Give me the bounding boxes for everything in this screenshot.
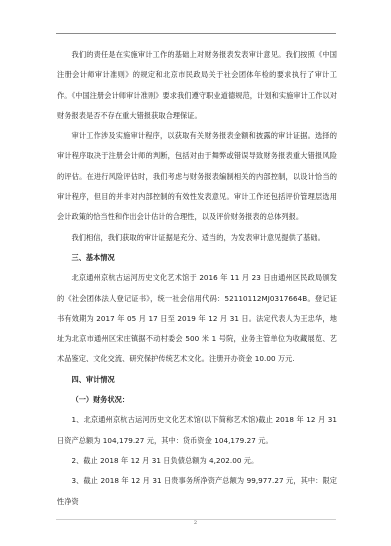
section-heading-audit-status: 四、审计情况 <box>57 370 337 390</box>
document-body: 我们的责任是在实施审计工作的基础上对财务报表发表审计意见。我们按照《中国注册会计… <box>57 45 337 512</box>
header-divider <box>56 33 336 34</box>
paragraph-audit-evidence: 我们相信，我们获取的审计证据是充分、适当的，为发表审计意见提供了基础。 <box>57 228 337 248</box>
paragraph-net-assets: 3、截止 2018 年 12 月 31 日贵事务所净资产总额为 99,977.2… <box>57 471 337 512</box>
paragraph-total-assets: 1、北京通州京杭古运河历史文化艺术馆(以下简称艺术馆)截止 2018 年 12 … <box>57 410 337 451</box>
paragraph-audit-responsibility: 我们的责任是在实施审计工作的基础上对财务报表发表审计意见。我们按照《中国注册会计… <box>57 45 337 126</box>
section-heading-basic-info: 三、基本情况 <box>57 248 337 268</box>
paragraph-audit-procedures: 审计工作涉及实施审计程序，以获取有关财务报表金额和披露的审计证据。选择的审计程序… <box>57 126 337 227</box>
document-page: 我们的责任是在实施审计工作的基础上对财务报表发表审计意见。我们按照《中国注册会计… <box>0 0 391 546</box>
page-number: 2 <box>0 520 391 526</box>
paragraph-basic-info: 北京通州京杭古运河历史文化艺术馆于 2016 年 11 月 23 日由通州区民政… <box>57 268 337 369</box>
subsection-heading-financial-status: （一）财务状况： <box>57 390 337 410</box>
paragraph-total-liabilities: 2、截止 2018 年 12 月 31 日负债总额为 4,202.00 元。 <box>57 451 337 471</box>
